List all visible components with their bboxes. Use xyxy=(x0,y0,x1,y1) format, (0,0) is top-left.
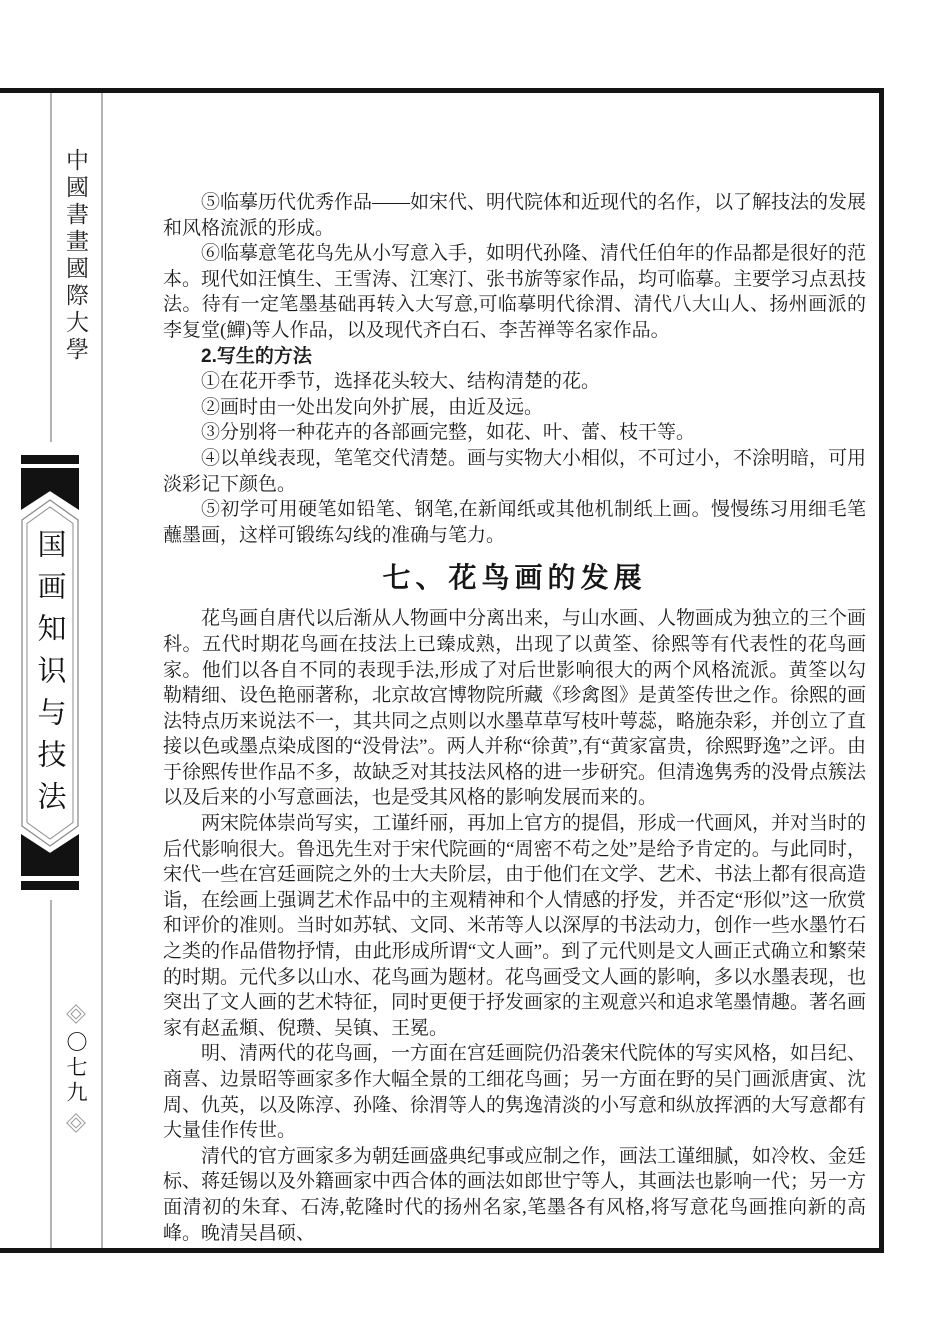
main-text-column: ⑤临摹历代优秀作品——如宋代、明代院体和近现代的名作，以了解技法的发展和风格流派… xyxy=(163,190,866,1246)
banner-bar-bottom xyxy=(21,881,79,890)
page-number: 〇七九 xyxy=(61,1031,91,1106)
diamond-ornament-icon xyxy=(66,1004,86,1024)
chapter-title-development-of-bird-and-flower-painting: 七、花鸟画的发展 xyxy=(163,561,866,597)
paragraph-copying-5: ⑤临摹历代优秀作品——如宋代、明代院体和近现代的名作，以了解技法的发展和风格流派… xyxy=(163,190,866,241)
book-page: { "sidebar": { "university": "中國書畫國際大學",… xyxy=(0,0,950,1344)
section-title-sketching-methods: 2.写生的方法 xyxy=(163,344,866,370)
page-frame-top xyxy=(0,88,884,93)
diamond-ornament-icon xyxy=(66,1113,86,1133)
chapter-paragraph-2: 两宋院体崇尚写实，工谨纤丽，再加上官方的提倡，形成一代画风，并对当时的后代影响很… xyxy=(163,811,866,1041)
chapter-paragraph-3: 明、清两代的花鸟画，一方面在宫廷画院仍沿袭宋代院体的写实风格，如吕纪、商喜、边景… xyxy=(163,1041,866,1143)
margin-rule-right xyxy=(101,93,103,1248)
university-name: 中國書畫國際大學 xyxy=(60,148,92,364)
series-banner: 国画知识与技法 xyxy=(21,455,79,890)
sketch-item-2: ②画时由一处出发向外扩展，由近及远。 xyxy=(163,395,866,421)
margin-rule-left-upper xyxy=(50,93,52,442)
chapter-paragraph-4: 清代的官方画家多为朝廷画盛典纪事或应制之作，画法工谨细腻，如冷枚、金廷标、蒋廷锡… xyxy=(163,1144,866,1246)
banner-bar-top xyxy=(21,455,79,464)
sketch-item-3: ③分别将一种花卉的各部画完整，如花、叶、蕾、枝干等。 xyxy=(163,420,866,446)
sketch-item-4: ④以单线表现，笔笔交代清楚。画与实物大小相似，不可过小，不涂明暗，可用淡彩记下颜… xyxy=(163,446,866,497)
banner-hexagon: 国画知识与技法 xyxy=(21,499,79,847)
series-title: 国画知识与技法 xyxy=(30,529,71,823)
margin-rule-left-lower xyxy=(50,900,52,1248)
paragraph-copying-6: ⑥临摹意笔花鸟先从小写意入手，如明代孙隆、清代任伯年的作品都是很好的范本。现代如… xyxy=(163,241,866,343)
sketch-item-5: ⑤初学可用硬笔如铅笔、钢笔,在新闻纸或其他机制纸上画。慢慢练习用细毛笔蘸墨画，这… xyxy=(163,497,866,548)
page-number-block: 〇七九 xyxy=(62,1004,90,1133)
page-frame-bottom xyxy=(0,1248,884,1253)
chapter-paragraph-1: 花鸟画自唐代以后渐从人物画中分离出来，与山水画、人物画成为独立的三个画科。五代时… xyxy=(163,606,866,811)
sketch-item-1: ①在花开季节，选择花头较大、结构清楚的花。 xyxy=(163,369,866,395)
page-frame-right xyxy=(879,88,884,1253)
